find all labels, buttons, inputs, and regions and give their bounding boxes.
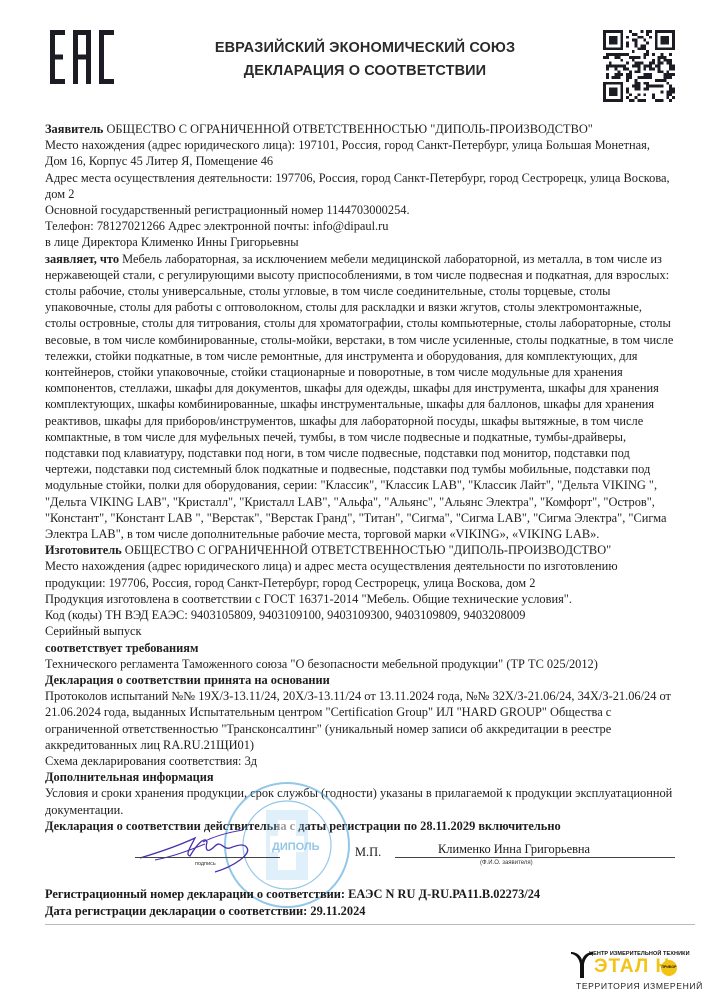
basis-label: Декларация о соответствии принята на осн… — [45, 672, 675, 688]
signer-caption: (Ф.И.О. заявителя) — [480, 860, 533, 866]
manufacturer-standard: Продукция изготовлена в соответствии с Г… — [45, 591, 675, 607]
applicant-ogrn: Основной государственный регистрационный… — [45, 202, 675, 218]
additional-info-label: Дополнительная информация — [45, 769, 675, 785]
applicant-name: ОБЩЕСТВО С ОГРАНИЧЕННОЙ ОТВЕТСТВЕННОСТЬЮ… — [103, 122, 593, 136]
applicant-line: Заявитель ОБЩЕСТВО С ОГРАНИЧЕННОЙ ОТВЕТС… — [45, 121, 675, 137]
applicant-contacts: Телефон: 78127021266 Адрес электронной п… — [45, 218, 675, 234]
eac-logo — [50, 30, 116, 84]
manufacturer-line: Изготовитель ОБЩЕСТВО С ОГРАНИЧЕННОЙ ОТВ… — [45, 542, 675, 558]
declares-label: заявляет, что — [45, 252, 119, 266]
divider — [45, 924, 695, 925]
manufacturer-name: ОБЩЕСТВО С ОГРАНИЧЕННОЙ ОТВЕТСТВЕННОСТЬЮ… — [122, 543, 612, 557]
declaration-body: Заявитель ОБЩЕСТВО С ОГРАНИЧЕННОЙ ОТВЕТС… — [45, 121, 675, 834]
product-description: Мебель лабораторная, за исключением мебе… — [45, 252, 673, 541]
applicant-label: Заявитель — [45, 122, 103, 136]
declaration-title: ДЕКЛАРАЦИЯ О СООТВЕТСТВИИ — [180, 60, 550, 83]
compliance-label: соответствует требованиям — [45, 640, 675, 656]
declaration-product: заявляет, что Мебель лабораторная, за ис… — [45, 251, 675, 543]
basis-text: Протоколов испытаний №№ 19Х/З-13.11/24, … — [45, 688, 675, 753]
manufacturer-label: Изготовитель — [45, 543, 122, 557]
signature-caption: подпись — [195, 861, 216, 867]
registration-block: Регистрационный номер декларации о соотв… — [45, 886, 675, 919]
release-type: Серийный выпуск — [45, 623, 675, 639]
applicant-activity-address: Адрес места осуществления деятельности: … — [45, 170, 675, 202]
declaration-scheme: Схема декларирования соответствия: 3д — [45, 753, 675, 769]
registration-date: Дата регистрации декларации о соответств… — [45, 903, 675, 920]
qr-code-icon — [603, 30, 675, 102]
additional-info-text: Условия и сроки хранения продукции, срок… — [45, 785, 675, 817]
tnved-codes: Код (коды) ТН ВЭД ЕАЭС: 9403105809, 9403… — [45, 607, 675, 623]
globe-label: ПРИБОР — [661, 965, 677, 969]
etalon-brand: ЭТАЛ Н — [594, 956, 670, 978]
manufacturer-address: Место нахождения (адрес юридического лиц… — [45, 558, 675, 590]
signature-line — [135, 857, 280, 858]
union-title: ЕВРАЗИЙСКИЙ ЭКОНОМИЧЕСКИЙ СОЮЗ — [180, 37, 550, 60]
applicant-representative: в лице Директора Клименко Инны Григорьев… — [45, 234, 675, 250]
etalon-watermark: ЦЕНТР ИЗМЕРИТЕЛЬНОЙ ТЕХНИКИ ЭТАЛ Н ПРИБО… — [567, 950, 715, 1000]
signer-line — [395, 857, 675, 858]
signer-name: Клименко Инна Григорьевна — [438, 842, 590, 857]
document-title: ЕВРАЗИЙСКИЙ ЭКОНОМИЧЕСКИЙ СОЮЗ ДЕКЛАРАЦИ… — [180, 37, 550, 83]
signature-block: подпись М.П. Клименко Инна Григорьевна (… — [0, 830, 715, 880]
compliance-regulation: Технического регламента Таможенного союз… — [45, 656, 675, 672]
seal-label: М.П. — [355, 845, 381, 860]
etalon-tagline: ТЕРРИТОРИЯ ИЗМЕРЕНИЙ — [576, 981, 703, 991]
registration-number: Регистрационный номер декларации о соотв… — [45, 886, 675, 903]
applicant-legal-address: Место нахождения (адрес юридического лиц… — [45, 137, 675, 169]
